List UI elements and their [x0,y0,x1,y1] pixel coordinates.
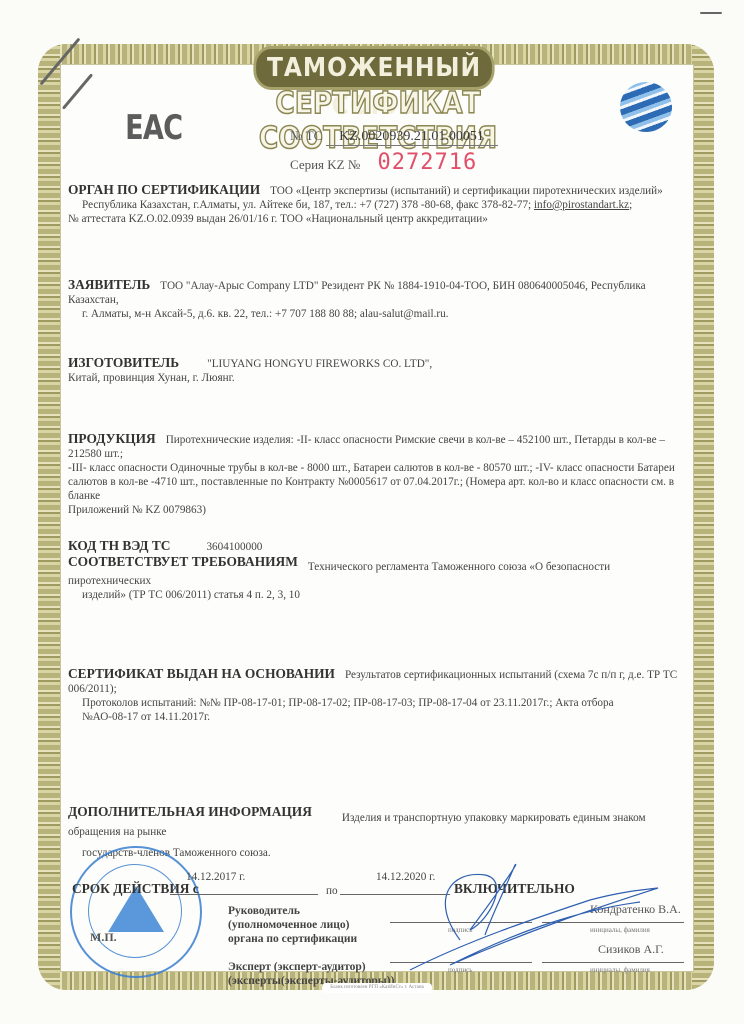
certification-body-label: ОРГАН ПО СЕРТИФИКАЦИИ [68,182,260,197]
applicant-section: ЗАЯВИТЕЛЬТОО "Алау-Арыс Company LTD" Рез… [68,278,690,321]
product-line4: Приложений № KZ 0079863) [68,504,206,516]
product-section: ПРОДУКЦИЯПиротехнические изделия: -II- к… [68,432,690,517]
manufacturer-section: ИЗГОТОВИТЕЛЬ"LIUYANG HONGYU FIREWORKS CO… [68,356,690,385]
series-number: 0272716 [378,150,478,175]
seal-label: М.П. [90,930,117,945]
seal-stamp-icon [70,846,202,978]
customs-union-title: ТАМОЖЕННЫЙ СОЮЗ [253,46,494,90]
staple-mark [700,12,722,14]
series-row: Серия KZ № 0272716 [290,150,477,175]
series-label: Серия KZ № [290,157,360,172]
certification-body-name: ТОО «Центр экспертизы (испытаний) и серт… [270,185,663,197]
basis-line3: №АО-08-17 от 14.11.2017г. [82,711,210,723]
conformity-line2: изделий» (ТР ТС 006/2011) статья 4 п. 2,… [82,589,300,601]
conformity-section: СООТВЕТСТВУЕТ ТРЕБОВАНИЯМТехнического ре… [68,555,690,602]
manufacturer-name: "LIUYANG HONGYU FIREWORKS CO. LTD", [207,358,432,370]
printer-note: Бланк изготовлен РГП «КазИнСт» г. Астана [322,983,432,993]
tc-number-label: № ТС [290,128,322,143]
validity-from: 14.12.2017 г. [186,870,245,884]
applicant-line1: ТОО "Алау-Арыс Company LTD" Резидент РК … [68,280,646,306]
product-line3: салютов в кол-ве -4710 шт., поставленные… [68,476,674,502]
certification-body-address: Республика Казахстан, г.Алматы, ул. Айте… [82,199,531,211]
basis-line2: Протоколов испытаний: №№ ПР-08-17-01; ПР… [82,697,614,709]
manufacturer-label: ИЗГОТОВИТЕЛЬ [68,355,179,370]
hologram-icon [620,82,672,132]
product-line1: Пиротехнические изделия: -II- класс опас… [68,434,665,460]
accreditation-info: № аттестата KZ.O.02.0939 выдан 26/01/16 … [68,213,488,225]
tc-number: KZ.0020939.21.01.00051 [326,129,498,146]
applicant-line2: г. Алматы, м-н Аксай-5, д.6. кв. 22, тел… [82,308,448,320]
hs-code-section: КОД ТН ВЭД ТС3604100000 [68,539,690,554]
hs-code-label: КОД ТН ВЭД ТС [68,538,170,553]
product-label: ПРОДУКЦИЯ [68,431,156,446]
certification-body-email[interactable]: info@pirostandart.kz [534,199,629,211]
product-line2: -III- класс опасности Одиночные трубы в … [68,462,675,474]
signature-icon [390,860,690,990]
applicant-label: ЗАЯВИТЕЛЬ [68,277,150,292]
hs-code-value: 3604100000 [206,541,262,553]
basis-label: СЕРТИФИКАТ ВЫДАН НА ОСНОВАНИИ [68,666,335,681]
conformity-label: СООТВЕТСТВУЕТ ТРЕБОВАНИЯМ [68,554,298,569]
tc-number-row: № ТС KZ.0020939.21.01.00051 [290,128,498,146]
additional-info-label: ДОПОЛНИТЕЛЬНАЯ ИНФОРМАЦИЯ [68,804,312,819]
certification-body-section: ОРГАН ПО СЕРТИФИКАЦИИТОО «Центр эксперти… [68,183,690,226]
basis-section: СЕРТИФИКАТ ВЫДАН НА ОСНОВАНИИРезультатов… [68,667,690,724]
validity-to-label: по [326,884,338,898]
eac-mark-icon: EAC [125,108,182,148]
manufacturer-address: Китай, провинция Хунан, г. Люянг. [68,372,235,384]
